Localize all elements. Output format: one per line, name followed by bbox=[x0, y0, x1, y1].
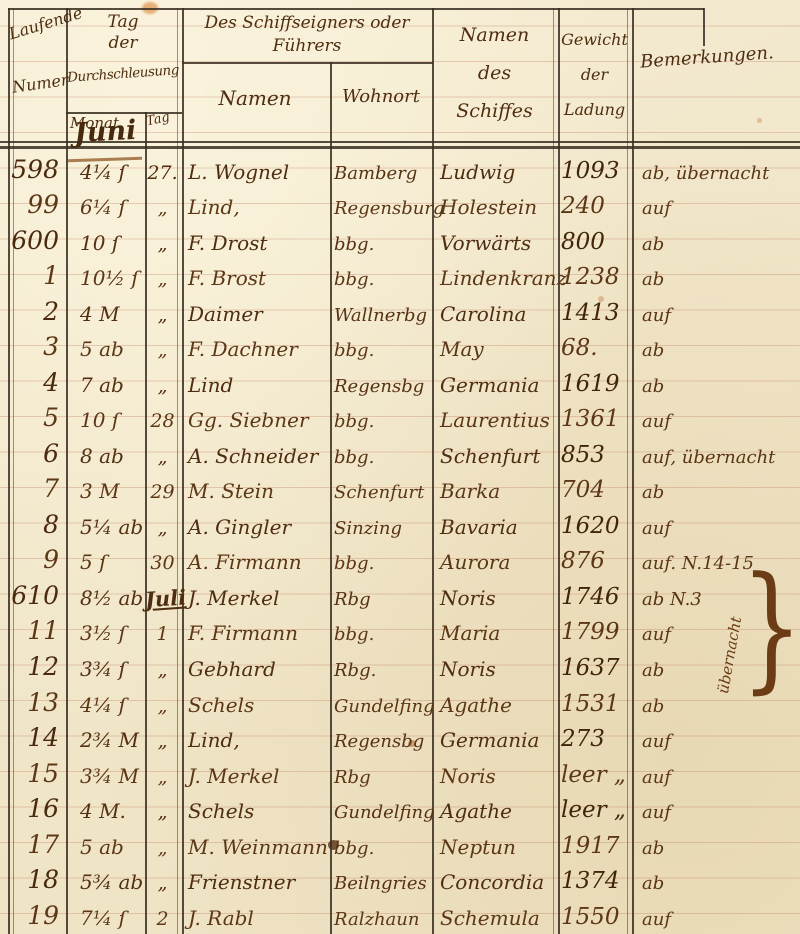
cell-cargo-weight: 1620 bbox=[557, 513, 632, 543]
cell-ship-name: Concordia bbox=[432, 870, 557, 898]
cell-time: 3½ ſ bbox=[66, 621, 145, 649]
cell-owner-name: Schels bbox=[180, 693, 330, 721]
cell-cargo-weight: 1917 bbox=[557, 833, 632, 863]
cell-owner-name: M. Stein bbox=[180, 479, 330, 507]
cell-ship-name: Schenfurt bbox=[432, 444, 557, 472]
cell-time: 5 ſ bbox=[66, 550, 145, 578]
cell-running-number: 3 bbox=[8, 332, 66, 365]
ledger-row: 8 5¼ ab „ A. Gingler Sinzing Bavaria 162… bbox=[8, 507, 800, 543]
cell-ship-name: Noris bbox=[432, 764, 557, 792]
cell-owner-name: F. Firmann bbox=[180, 621, 330, 649]
cell-day: Juli bbox=[144, 585, 181, 616]
table-hline bbox=[8, 8, 704, 10]
cell-ship-name: Barka bbox=[432, 479, 557, 507]
cell-day: „ bbox=[145, 801, 180, 827]
ledger-row: 4 7 ab „ Lind Regensbg Germania 1619 ab bbox=[8, 365, 800, 401]
cell-day: „ bbox=[145, 872, 180, 898]
cell-day: „ bbox=[145, 446, 180, 472]
cell-wohnort: Rbg. bbox=[330, 660, 432, 685]
subcol-header-namen: Namen bbox=[182, 86, 328, 110]
table-vline bbox=[703, 8, 705, 46]
ledger-row: 16 4 M. „ Schels Gundelfing Agathe leer … bbox=[8, 792, 800, 828]
cell-cargo-weight: 68. bbox=[557, 335, 632, 365]
ledger-row: 12 3¾ ſ „ Gebhard Rbg. Noris 1637 ab bbox=[8, 649, 800, 685]
cell-day: 29 bbox=[145, 481, 180, 507]
cell-day: „ bbox=[145, 268, 180, 294]
cell-running-number: 598 bbox=[8, 155, 66, 188]
cell-running-number: 14 bbox=[8, 723, 66, 756]
ledger-row: 598 4¼ ſ 27. L. Wognel Bamberg Ludwig 10… bbox=[8, 152, 800, 188]
cell-time: 7¼ ſ bbox=[66, 906, 145, 934]
ledger-row: 6 8 ab „ A. Schneider bbg. Schenfurt 853… bbox=[8, 436, 800, 472]
cell-wohnort: Rbg bbox=[330, 767, 432, 792]
cell-wohnort: bbg. bbox=[330, 340, 432, 365]
col-header-schiffsname: Namen des Schiffes bbox=[434, 16, 555, 130]
cell-remark: ab bbox=[632, 376, 800, 401]
cell-day: „ bbox=[145, 375, 180, 401]
cell-running-number: 600 bbox=[8, 226, 66, 259]
cell-owner-name: Gg. Siebner bbox=[180, 408, 330, 436]
cell-ship-name: Holestein bbox=[432, 195, 557, 223]
cell-time: 3¾ M bbox=[66, 764, 145, 792]
subcol-header-wohnort: Wohnort bbox=[332, 86, 430, 107]
cell-wohnort: Ralzhaun bbox=[330, 909, 432, 934]
cell-running-number: 99 bbox=[8, 190, 66, 223]
cell-cargo-weight: 1619 bbox=[557, 371, 632, 401]
cell-day: „ bbox=[145, 517, 180, 543]
ledger-row: 9 5 ſ 30 A. Firmann bbg. Aurora 876 auf.… bbox=[8, 543, 800, 579]
col-header-schiffseigner: Des Schiffseigners oder Führers bbox=[182, 12, 432, 58]
cell-owner-name: Daimer bbox=[180, 302, 330, 330]
cell-ship-name: Carolina bbox=[432, 302, 557, 330]
cell-owner-name: Lind, bbox=[180, 195, 330, 223]
ledger-row: 13 4¼ ſ „ Schels Gundelfing Agathe 1531 … bbox=[8, 685, 800, 721]
cell-cargo-weight: 1361 bbox=[557, 406, 632, 436]
cell-time: 6¼ ſ bbox=[66, 195, 145, 223]
cell-running-number: 18 bbox=[8, 865, 66, 898]
col-header-nummer: Numer bbox=[11, 70, 67, 96]
cell-day: 2 bbox=[145, 908, 180, 934]
cell-remark: ab, übernacht bbox=[632, 163, 800, 188]
month-entry-juni: Juni bbox=[73, 114, 155, 149]
cell-wohnort: bbg. bbox=[330, 411, 432, 436]
cell-owner-name: Lind bbox=[180, 373, 330, 401]
cell-owner-name: J. Merkel bbox=[180, 764, 330, 792]
cell-time: 10 ſ bbox=[66, 408, 145, 436]
cell-running-number: 19 bbox=[8, 901, 66, 934]
cell-time: 7 ab bbox=[66, 373, 145, 401]
cell-time: 8 ab bbox=[66, 444, 145, 472]
cell-running-number: 1 bbox=[8, 261, 66, 294]
cell-ship-name: Vorwärts bbox=[432, 231, 557, 259]
cell-running-number: 8 bbox=[8, 510, 66, 543]
cell-cargo-weight: 1799 bbox=[557, 619, 632, 649]
ledger-row: 1 10½ ſ „ F. Brost bbg. Lindenkranz 1238… bbox=[8, 259, 800, 295]
margin-brace: } bbox=[741, 554, 800, 700]
cell-owner-name: A. Firmann bbox=[180, 550, 330, 578]
cell-remark: auf bbox=[632, 198, 800, 223]
cell-time: 4¼ ſ bbox=[66, 693, 145, 721]
cell-wohnort: bbg. bbox=[330, 553, 432, 578]
cell-remark: ab bbox=[632, 269, 800, 294]
cell-cargo-weight: 876 bbox=[557, 548, 632, 578]
ledger-rows: 598 4¼ ſ 27. L. Wognel Bamberg Ludwig 10… bbox=[8, 152, 800, 934]
cell-ship-name: Agathe bbox=[432, 693, 557, 721]
cell-running-number: 13 bbox=[8, 688, 66, 721]
col-header-tag-der: Tag der bbox=[66, 12, 180, 54]
cell-time: 4 M bbox=[66, 302, 145, 330]
cell-time: 10½ ſ bbox=[66, 266, 145, 294]
cell-ship-name: Noris bbox=[432, 586, 557, 614]
cell-owner-name: F. Drost bbox=[180, 231, 330, 259]
cell-remark: ab bbox=[632, 234, 800, 259]
cell-running-number: 2 bbox=[8, 297, 66, 330]
cell-ship-name: Germania bbox=[432, 728, 557, 756]
cell-wohnort: Regensbg bbox=[330, 731, 432, 756]
cell-running-number: 6 bbox=[8, 439, 66, 472]
cell-time: 5¾ ab bbox=[66, 870, 145, 898]
cell-time: 5 ab bbox=[66, 337, 145, 365]
cell-cargo-weight: 1374 bbox=[557, 868, 632, 898]
cell-day: „ bbox=[145, 197, 180, 223]
ledger-row: 600 10 ſ „ F. Drost bbg. Vorwärts 800 ab bbox=[8, 223, 800, 259]
cell-remark: auf bbox=[632, 731, 800, 756]
cell-running-number: 7 bbox=[8, 474, 66, 507]
cell-owner-name: Frienstner bbox=[180, 870, 330, 898]
cell-day: „ bbox=[145, 695, 180, 721]
cell-ship-name: Agathe bbox=[432, 799, 557, 827]
cell-day: 27. bbox=[145, 162, 180, 188]
cell-time: 8½ ab bbox=[66, 586, 145, 614]
cell-running-number: 15 bbox=[8, 759, 66, 792]
cell-ship-name: Neptun bbox=[432, 835, 557, 863]
cell-day: „ bbox=[145, 659, 180, 685]
cell-time: 4 M. bbox=[66, 799, 145, 827]
ledger-row: 11 3½ ſ 1 F. Firmann bbg. Maria 1799 auf bbox=[8, 614, 800, 650]
cell-time: 5¼ ab bbox=[66, 515, 145, 543]
cell-cargo-weight: 704 bbox=[557, 477, 632, 507]
cell-ship-name: Germania bbox=[432, 373, 557, 401]
cell-remark: auf bbox=[632, 305, 800, 330]
cell-cargo-weight: 1746 bbox=[557, 584, 632, 614]
cell-ship-name: Lindenkranz bbox=[432, 266, 557, 294]
ledger-row: 14 2¾ M „ Lind, Regensbg Germania 273 au… bbox=[8, 721, 800, 757]
cell-ship-name: Schemula bbox=[432, 906, 557, 934]
cell-owner-name: L. Wognel bbox=[180, 160, 330, 188]
cell-remark: auf bbox=[632, 518, 800, 543]
cell-cargo-weight: 1637 bbox=[557, 655, 632, 685]
ledger-row: 2 4 M „ Daimer Wallnerbg Carolina 1413 a… bbox=[8, 294, 800, 330]
cell-owner-name: F. Brost bbox=[180, 266, 330, 294]
cell-wohnort: bbg. bbox=[330, 838, 432, 863]
col-header-gewicht: Gewicht der Ladung bbox=[559, 22, 630, 127]
cell-cargo-weight: 853 bbox=[557, 442, 632, 472]
paper-stain bbox=[757, 118, 762, 123]
cell-owner-name: J. Rabl bbox=[180, 906, 330, 934]
cell-ship-name: Laurentius bbox=[432, 408, 557, 436]
cell-cargo-weight: 1093 bbox=[557, 158, 632, 188]
ledger-row: 18 5¾ ab „ Frienstner Beilngries Concord… bbox=[8, 863, 800, 899]
cell-remark: auf, übernacht bbox=[632, 447, 800, 472]
cell-wohnort: Gundelfing bbox=[330, 696, 432, 721]
ledger-row: 610 8½ ab Juli J. Merkel Rbg Noris 1746 … bbox=[8, 578, 800, 614]
cell-owner-name: Gebhard bbox=[180, 657, 330, 685]
cell-running-number: 12 bbox=[8, 652, 66, 685]
cell-remark: auf bbox=[632, 411, 800, 436]
cell-wohnort: bbg. bbox=[330, 624, 432, 649]
cell-day: 1 bbox=[145, 623, 180, 649]
cell-day: „ bbox=[145, 233, 180, 259]
ledger-row: 19 7¼ ſ 2 J. Rabl Ralzhaun Schemula 1550… bbox=[8, 898, 800, 934]
cell-wohnort: Beilngries bbox=[330, 873, 432, 898]
cell-cargo-weight: leer „ bbox=[557, 797, 632, 827]
cell-owner-name: Lind, bbox=[180, 728, 330, 756]
cell-remark: auf bbox=[632, 802, 800, 827]
cell-remark: ab bbox=[632, 838, 800, 863]
cell-wohnort: bbg. bbox=[330, 234, 432, 259]
cell-remark: ab bbox=[632, 873, 800, 898]
cell-cargo-weight: 800 bbox=[557, 229, 632, 259]
cell-running-number: 5 bbox=[8, 403, 66, 436]
ledger-page: Laufende Numer Tag der Durchschleusung M… bbox=[0, 0, 800, 934]
cell-wohnort: Rbg bbox=[330, 589, 432, 614]
cell-owner-name: A. Gingler bbox=[180, 515, 330, 543]
ledger-row: 5 10 ſ 28 Gg. Siebner bbg. Laurentius 13… bbox=[8, 401, 800, 437]
cell-wohnort: bbg. bbox=[330, 269, 432, 294]
cell-remark: auf bbox=[632, 767, 800, 792]
table-hline bbox=[182, 62, 433, 64]
cell-wohnort: bbg. bbox=[330, 447, 432, 472]
cell-cargo-weight: 1531 bbox=[557, 691, 632, 721]
ledger-row: 3 5 ab „ F. Dachner bbg. May 68. ab bbox=[8, 330, 800, 366]
cell-ship-name: Noris bbox=[432, 657, 557, 685]
cell-time: 2¾ M bbox=[66, 728, 145, 756]
cell-day: „ bbox=[145, 304, 180, 330]
col-header-laufende: Laufende bbox=[7, 8, 70, 44]
col-header-bemerkungen: Bemerkungen. bbox=[639, 40, 800, 72]
cell-time: 10 ſ bbox=[66, 231, 145, 259]
cell-wohnort: Gundelfing bbox=[330, 802, 432, 827]
ledger-row: 17 5 ab „ M. Weinmann bbg. Neptun 1917 a… bbox=[8, 827, 800, 863]
cell-owner-name: F. Dachner bbox=[180, 337, 330, 365]
cell-owner-name: Schels bbox=[180, 799, 330, 827]
cell-day: 30 bbox=[145, 552, 180, 578]
cell-day: „ bbox=[145, 730, 180, 756]
cell-ship-name: Aurora bbox=[432, 550, 557, 578]
cell-wohnort: Schenfurt bbox=[330, 482, 432, 507]
cell-ship-name: May bbox=[432, 337, 557, 365]
cell-day: 28 bbox=[145, 410, 180, 436]
cell-running-number: 16 bbox=[8, 794, 66, 827]
cell-time: 5 ab bbox=[66, 835, 145, 863]
cell-wohnort: Regensbg bbox=[330, 376, 432, 401]
cell-ship-name: Maria bbox=[432, 621, 557, 649]
cell-day: „ bbox=[145, 339, 180, 365]
cell-owner-name: A. Schneider bbox=[180, 444, 330, 472]
cell-running-number: 4 bbox=[8, 368, 66, 401]
cell-running-number: 610 bbox=[8, 581, 66, 614]
cell-remark: ab bbox=[632, 482, 800, 507]
cell-cargo-weight: 273 bbox=[557, 726, 632, 756]
cell-cargo-weight: 1550 bbox=[557, 904, 632, 934]
ledger-row: 7 3 M 29 M. Stein Schenfurt Barka 704 ab bbox=[8, 472, 800, 508]
cell-owner-name: J. Merkel bbox=[180, 586, 330, 614]
cell-ship-name: Bavaria bbox=[432, 515, 557, 543]
cell-owner-name: M. Weinmann bbox=[180, 835, 330, 863]
cell-cargo-weight: 1238 bbox=[557, 264, 632, 294]
cell-wohnort: Sinzing bbox=[330, 518, 432, 543]
cell-wohnort: Bamberg bbox=[330, 163, 432, 188]
cell-cargo-weight: 240 bbox=[557, 193, 632, 223]
cell-running-number: 9 bbox=[8, 545, 66, 578]
cell-ship-name: Ludwig bbox=[432, 160, 557, 188]
cell-wohnort: Wallnerbg bbox=[330, 305, 432, 330]
col-header-durchschleusung: Durchschleusung bbox=[62, 62, 185, 86]
cell-running-number: 11 bbox=[8, 616, 66, 649]
cell-time: 4¼ ſ bbox=[66, 160, 145, 188]
cell-wohnort: Regensburg bbox=[330, 198, 432, 223]
cell-cargo-weight: 1413 bbox=[557, 300, 632, 330]
cell-day: „ bbox=[145, 766, 180, 792]
cell-remark: auf bbox=[632, 909, 800, 934]
cell-time: 3¾ ſ bbox=[66, 657, 145, 685]
ledger-row: 15 3¾ M „ J. Merkel Rbg Noris leer „ auf bbox=[8, 756, 800, 792]
cell-cargo-weight: leer „ bbox=[557, 762, 632, 792]
cell-day: „ bbox=[145, 837, 180, 863]
cell-time: 3 M bbox=[66, 479, 145, 507]
ledger-row: 99 6¼ ſ „ Lind, Regensburg Holestein 240… bbox=[8, 188, 800, 224]
cell-remark: ab bbox=[632, 340, 800, 365]
cell-running-number: 17 bbox=[8, 830, 66, 863]
